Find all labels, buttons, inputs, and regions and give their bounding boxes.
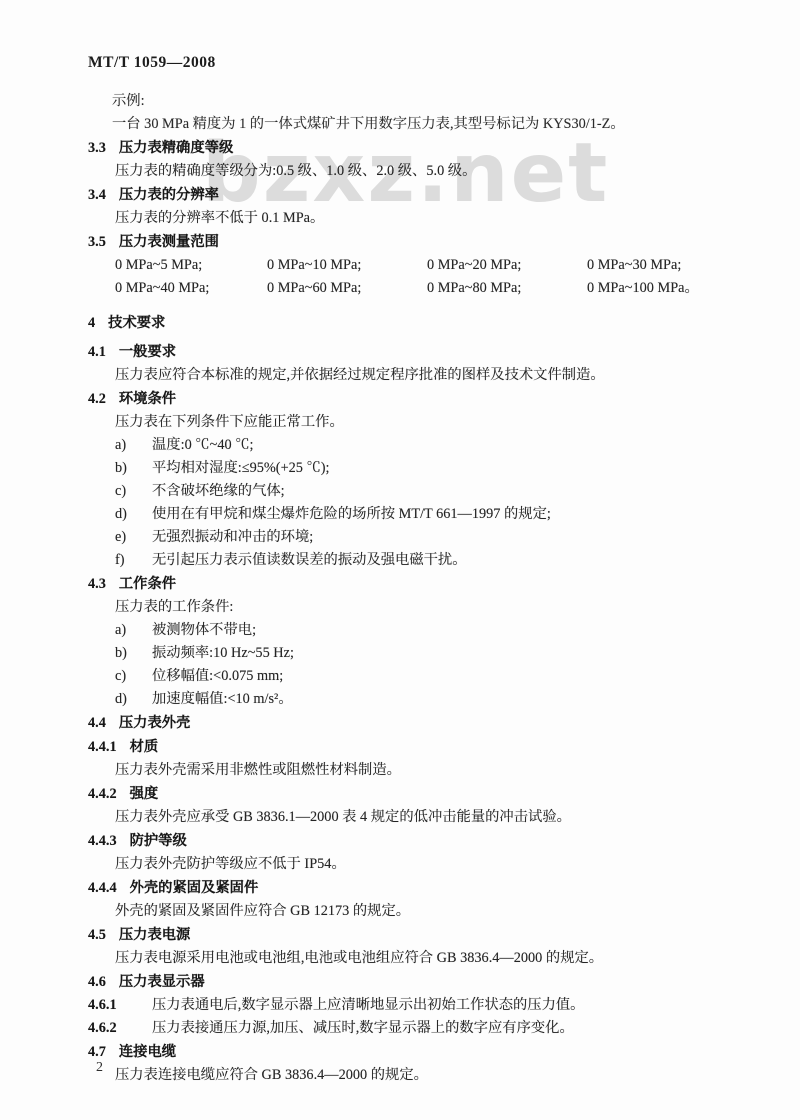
paragraph: 压力表的精确度等级分为:0.5 级、1.0 级、2.0 级、5.0 级。 — [88, 160, 748, 183]
clause-number: 4.6.2 — [88, 1017, 152, 1040]
range-cell: 0 MPa~10 MPa; — [267, 254, 427, 277]
paragraph: 压力表的分辨率不低于 0.1 MPa。 — [88, 207, 748, 230]
clause-title: 强度 — [130, 783, 159, 806]
clause-heading: 4.7连接电缆 — [88, 1041, 748, 1064]
document-page: MT/T 1059—2008 bzxz.net 示例:一台 30 MPa 精度为… — [0, 0, 800, 1120]
clause-title: 防护等级 — [130, 830, 187, 853]
numbered-clause: 4.6.2压力表接通压力源,加压、减压时,数字显示器上的数字应有序变化。 — [88, 1017, 748, 1040]
list-text: 加速度幅值:<10 m/s²。 — [152, 691, 293, 707]
clause-heading: 4.4.3防护等级 — [88, 830, 748, 853]
list-marker: c) — [115, 480, 126, 503]
list-text: 无强烈振动和冲击的环境; — [152, 529, 313, 545]
list-item: c)不含破坏绝缘的气体; — [88, 480, 748, 503]
chapter-heading: 4技术要求 — [88, 312, 748, 335]
clause-heading: 4.3工作条件 — [88, 573, 748, 596]
list-text: 振动频率:10 Hz~55 Hz; — [152, 645, 294, 661]
clause-number: 4.4.1 — [88, 736, 117, 759]
list-marker: b) — [115, 642, 127, 665]
clause-title: 压力表电源 — [119, 924, 190, 947]
clause-number: 4.2 — [88, 388, 106, 411]
clause-heading: 4.4压力表外壳 — [88, 712, 748, 735]
example-text: 一台 30 MPa 精度为 1 的一体式煤矿井下用数字压力表,其型号标记为 KY… — [88, 113, 748, 136]
range-cell: 0 MPa~40 MPa; — [115, 277, 267, 300]
range-cell: 0 MPa~20 MPa; — [427, 254, 587, 277]
clause-title: 压力表的分辨率 — [119, 184, 219, 207]
clause-heading: 4.4.1材质 — [88, 736, 748, 759]
clause-text: 压力表接通压力源,加压、减压时,数字显示器上的数字应有序变化。 — [152, 1017, 574, 1040]
paragraph: 压力表连接电缆应符合 GB 3836.4—2000 的规定。 — [88, 1064, 748, 1087]
list-marker: c) — [115, 665, 126, 688]
range-cell: 0 MPa~60 MPa; — [267, 277, 427, 300]
clause-number: 3.4 — [88, 184, 106, 207]
clause-number: 4.6.1 — [88, 994, 152, 1017]
list-marker: a) — [115, 434, 126, 457]
document-body: 示例:一台 30 MPa 精度为 1 的一体式煤矿井下用数字压力表,其型号标记为… — [88, 90, 748, 1087]
list-text: 使用在有甲烷和煤尘爆炸危险的场所按 MT/T 661—1997 的规定; — [152, 506, 551, 522]
clause-title: 压力表外壳 — [119, 712, 190, 735]
clause-heading: 3.4压力表的分辨率 — [88, 184, 748, 207]
clause-title: 压力表测量范围 — [119, 231, 219, 254]
clause-number: 4.6 — [88, 971, 106, 994]
clause-heading: 3.3压力表精确度等级 — [88, 137, 748, 160]
clause-title: 压力表显示器 — [119, 971, 205, 994]
list-item: a)被测物体不带电; — [88, 619, 748, 642]
numbered-clause: 4.6.1压力表通电后,数字显示器上应清晰地显示出初始工作状态的压力值。 — [88, 994, 748, 1017]
list-marker: f) — [115, 549, 125, 572]
list-item: b)振动频率:10 Hz~55 Hz; — [88, 642, 748, 665]
list-marker: d) — [115, 688, 127, 711]
clause-heading: 4.6压力表显示器 — [88, 971, 748, 994]
clause-number: 4.4 — [88, 712, 106, 735]
list-marker: d) — [115, 503, 127, 526]
list-text: 温度:0 ℃~40 ℃; — [152, 437, 253, 453]
range-cell: 0 MPa~80 MPa; — [427, 277, 587, 300]
list-marker: e) — [115, 526, 126, 549]
paragraph: 外壳的紧固及紧固件应符合 GB 12173 的规定。 — [88, 900, 748, 923]
list-marker: b) — [115, 457, 127, 480]
clause-title: 技术要求 — [108, 312, 165, 335]
clause-number: 4.3 — [88, 573, 106, 596]
clause-number: 4.4.2 — [88, 783, 117, 806]
paragraph: 压力表的工作条件: — [88, 596, 748, 619]
list-item: d)使用在有甲烷和煤尘爆炸危险的场所按 MT/T 661—1997 的规定; — [88, 503, 748, 526]
paragraph: 压力表外壳应承受 GB 3836.1—2000 表 4 规定的低冲击能量的冲击试… — [88, 806, 748, 829]
clause-title: 外壳的紧固及紧固件 — [130, 877, 259, 900]
standard-number: MT/T 1059—2008 — [88, 54, 216, 72]
clause-number: 4.1 — [88, 341, 106, 364]
list-item: c)位移幅值:<0.075 mm; — [88, 665, 748, 688]
clause-title: 材质 — [130, 736, 159, 759]
list-text: 无引起压力表示值读数误差的振动及强电磁干扰。 — [152, 552, 467, 568]
page-number: 2 — [96, 1060, 103, 1076]
range-cell: 0 MPa~30 MPa; — [587, 254, 748, 277]
clause-number: 4 — [88, 312, 95, 335]
clause-title: 一般要求 — [119, 341, 176, 364]
range-cell: 0 MPa~5 MPa; — [115, 254, 267, 277]
clause-number: 3.5 — [88, 231, 106, 254]
clause-heading: 4.4.4外壳的紧固及紧固件 — [88, 877, 748, 900]
clause-title: 连接电缆 — [119, 1041, 176, 1064]
clause-heading: 4.5压力表电源 — [88, 924, 748, 947]
list-text: 被测物体不带电; — [152, 622, 256, 638]
clause-text: 压力表通电后,数字显示器上应清晰地显示出初始工作状态的压力值。 — [152, 994, 584, 1017]
clause-number: 4.4.3 — [88, 830, 117, 853]
clause-heading: 4.1一般要求 — [88, 341, 748, 364]
paragraph: 压力表应符合本标准的规定,并依据经过规定程序批准的图样及技术文件制造。 — [88, 364, 748, 387]
list-item: e)无强烈振动和冲击的环境; — [88, 526, 748, 549]
clause-heading: 3.5压力表测量范围 — [88, 231, 748, 254]
clause-title: 压力表精确度等级 — [119, 137, 233, 160]
list-text: 平均相对湿度:≤95%(+25 ℃); — [152, 460, 330, 476]
paragraph: 压力表电源采用电池或电池组,电池或电池组应符合 GB 3836.4—2000 的… — [88, 947, 748, 970]
clause-number: 3.3 — [88, 137, 106, 160]
list-item: b)平均相对湿度:≤95%(+25 ℃); — [88, 457, 748, 480]
list-item: d)加速度幅值:<10 m/s²。 — [88, 688, 748, 711]
clause-heading: 4.2环境条件 — [88, 388, 748, 411]
example-label: 示例: — [88, 90, 748, 113]
range-row: 0 MPa~5 MPa;0 MPa~10 MPa;0 MPa~20 MPa;0 … — [88, 254, 748, 277]
clause-heading: 4.4.2强度 — [88, 783, 748, 806]
list-text: 不含破坏绝缘的气体; — [152, 483, 285, 499]
paragraph: 压力表外壳需采用非燃性或阻燃性材料制造。 — [88, 759, 748, 782]
list-marker: a) — [115, 619, 126, 642]
clause-number: 4.5 — [88, 924, 106, 947]
range-cell: 0 MPa~100 MPa。 — [587, 277, 748, 300]
range-row: 0 MPa~40 MPa;0 MPa~60 MPa;0 MPa~80 MPa;0… — [88, 277, 748, 300]
paragraph: 压力表在下列条件下应能正常工作。 — [88, 411, 748, 434]
list-item: f)无引起压力表示值读数误差的振动及强电磁干扰。 — [88, 549, 748, 572]
list-text: 位移幅值:<0.075 mm; — [152, 668, 283, 684]
paragraph: 压力表外壳防护等级应不低于 IP54。 — [88, 853, 748, 876]
clause-title: 环境条件 — [119, 388, 176, 411]
clause-number: 4.4.4 — [88, 877, 117, 900]
list-item: a)温度:0 ℃~40 ℃; — [88, 434, 748, 457]
clause-title: 工作条件 — [119, 573, 176, 596]
